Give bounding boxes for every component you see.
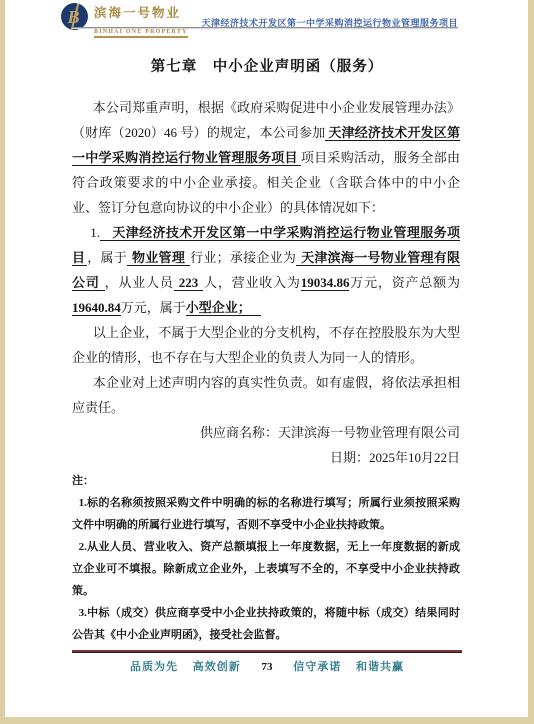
item-sep4: 人，营业收入为: [203, 275, 301, 290]
brand-name-en: BINHAI ONE PROPERTY: [94, 29, 188, 38]
chapter-title: 第七章 中小企业声明函（服务）: [0, 55, 534, 76]
item-assets-value: 19640.84: [72, 300, 121, 316]
item-employee-count: 223: [174, 275, 204, 291]
paragraph-no-affiliation: 以上企业，不属于大型企业的分支机构，不存在控股股东为大型企业的情形，也不存在与大…: [72, 320, 460, 370]
footer-divider: [72, 650, 462, 653]
page-number: 73: [262, 661, 273, 673]
item-sep2: 行业；承接企业为: [190, 250, 296, 265]
notes-label: 注：: [72, 470, 460, 492]
note-item-1: 1.标的名称须按照采购文件中明确的标的名称进行填写；所属行业须按照采购文件中明确…: [72, 492, 460, 536]
item-revenue-value: 19034.86: [301, 275, 350, 291]
notes-section: 注： 1.标的名称须按照采购文件中明确的标的名称进行填写；所属行业须按照采购文件…: [72, 470, 460, 646]
company-logo: B 滨海一号物业 BINHAI ONE PROPERTY: [61, 3, 188, 38]
footer-slogan-3: 信守承诺: [293, 661, 341, 673]
item-sep5: 万元，资产总额为: [349, 275, 460, 290]
note-item-2: 2.从业人员、营业收入、资产总额填报上一年度数据，无上一年度数据的新成立企业可不…: [72, 536, 460, 602]
item-enterprise-size: 小型企业；: [186, 300, 261, 316]
item-number: 1.: [90, 225, 100, 240]
scan-edge-bottom: [0, 717, 534, 724]
document-page: B 滨海一号物业 BINHAI ONE PROPERTY 天津经济技术开发区第一…: [0, 0, 534, 724]
logo-icon: B: [61, 3, 88, 30]
paragraph-declaration: 本公司郑重声明，根据《政府采购促进中小企业发展管理办法》（财库（2020）46 …: [72, 95, 460, 220]
paragraph-responsibility: 本企业对上述声明内容的真实性负责。如有虚假，将依法承担相应责任。: [72, 370, 460, 420]
item-industry: 物业管理: [127, 250, 190, 266]
scan-edge-left: [0, 0, 5, 724]
item-sep3: ，从业人员: [105, 275, 174, 290]
item-sep6: 万元，属于: [121, 300, 186, 315]
note-item-3: 3.中标（成交）供应商享受中小企业扶持政策的，将随中标（成交）结果同时公告其《中…: [72, 602, 460, 646]
scan-edge-right: [528, 0, 534, 724]
footer-slogan-1: 品质为先: [130, 661, 178, 673]
brand-block: 滨海一号物业 BINHAI ONE PROPERTY: [94, 7, 188, 38]
supplier-name-line: 供应商名称：天津滨海一号物业管理有限公司: [72, 420, 460, 445]
paragraph-item-1: 1.天津经济技术开发区第一中学采购消控运行物业管理服务项目，属于物业管理行业；承…: [72, 220, 460, 320]
document-body: 本公司郑重声明，根据《政府采购促进中小企业发展管理办法》（财库（2020）46 …: [72, 95, 460, 646]
brand-name-cn: 滨海一号物业: [94, 7, 188, 20]
item-sep1: ，属于: [87, 250, 127, 265]
date-line: 日期：2025年10月22日: [72, 445, 460, 470]
header-divider: [72, 27, 458, 29]
page-footer: 品质为先 高效创新 73 信守承诺 和谐共赢: [72, 658, 462, 674]
footer-slogan-2: 高效创新: [193, 661, 241, 673]
footer-slogan-4: 和谐共赢: [356, 661, 404, 673]
